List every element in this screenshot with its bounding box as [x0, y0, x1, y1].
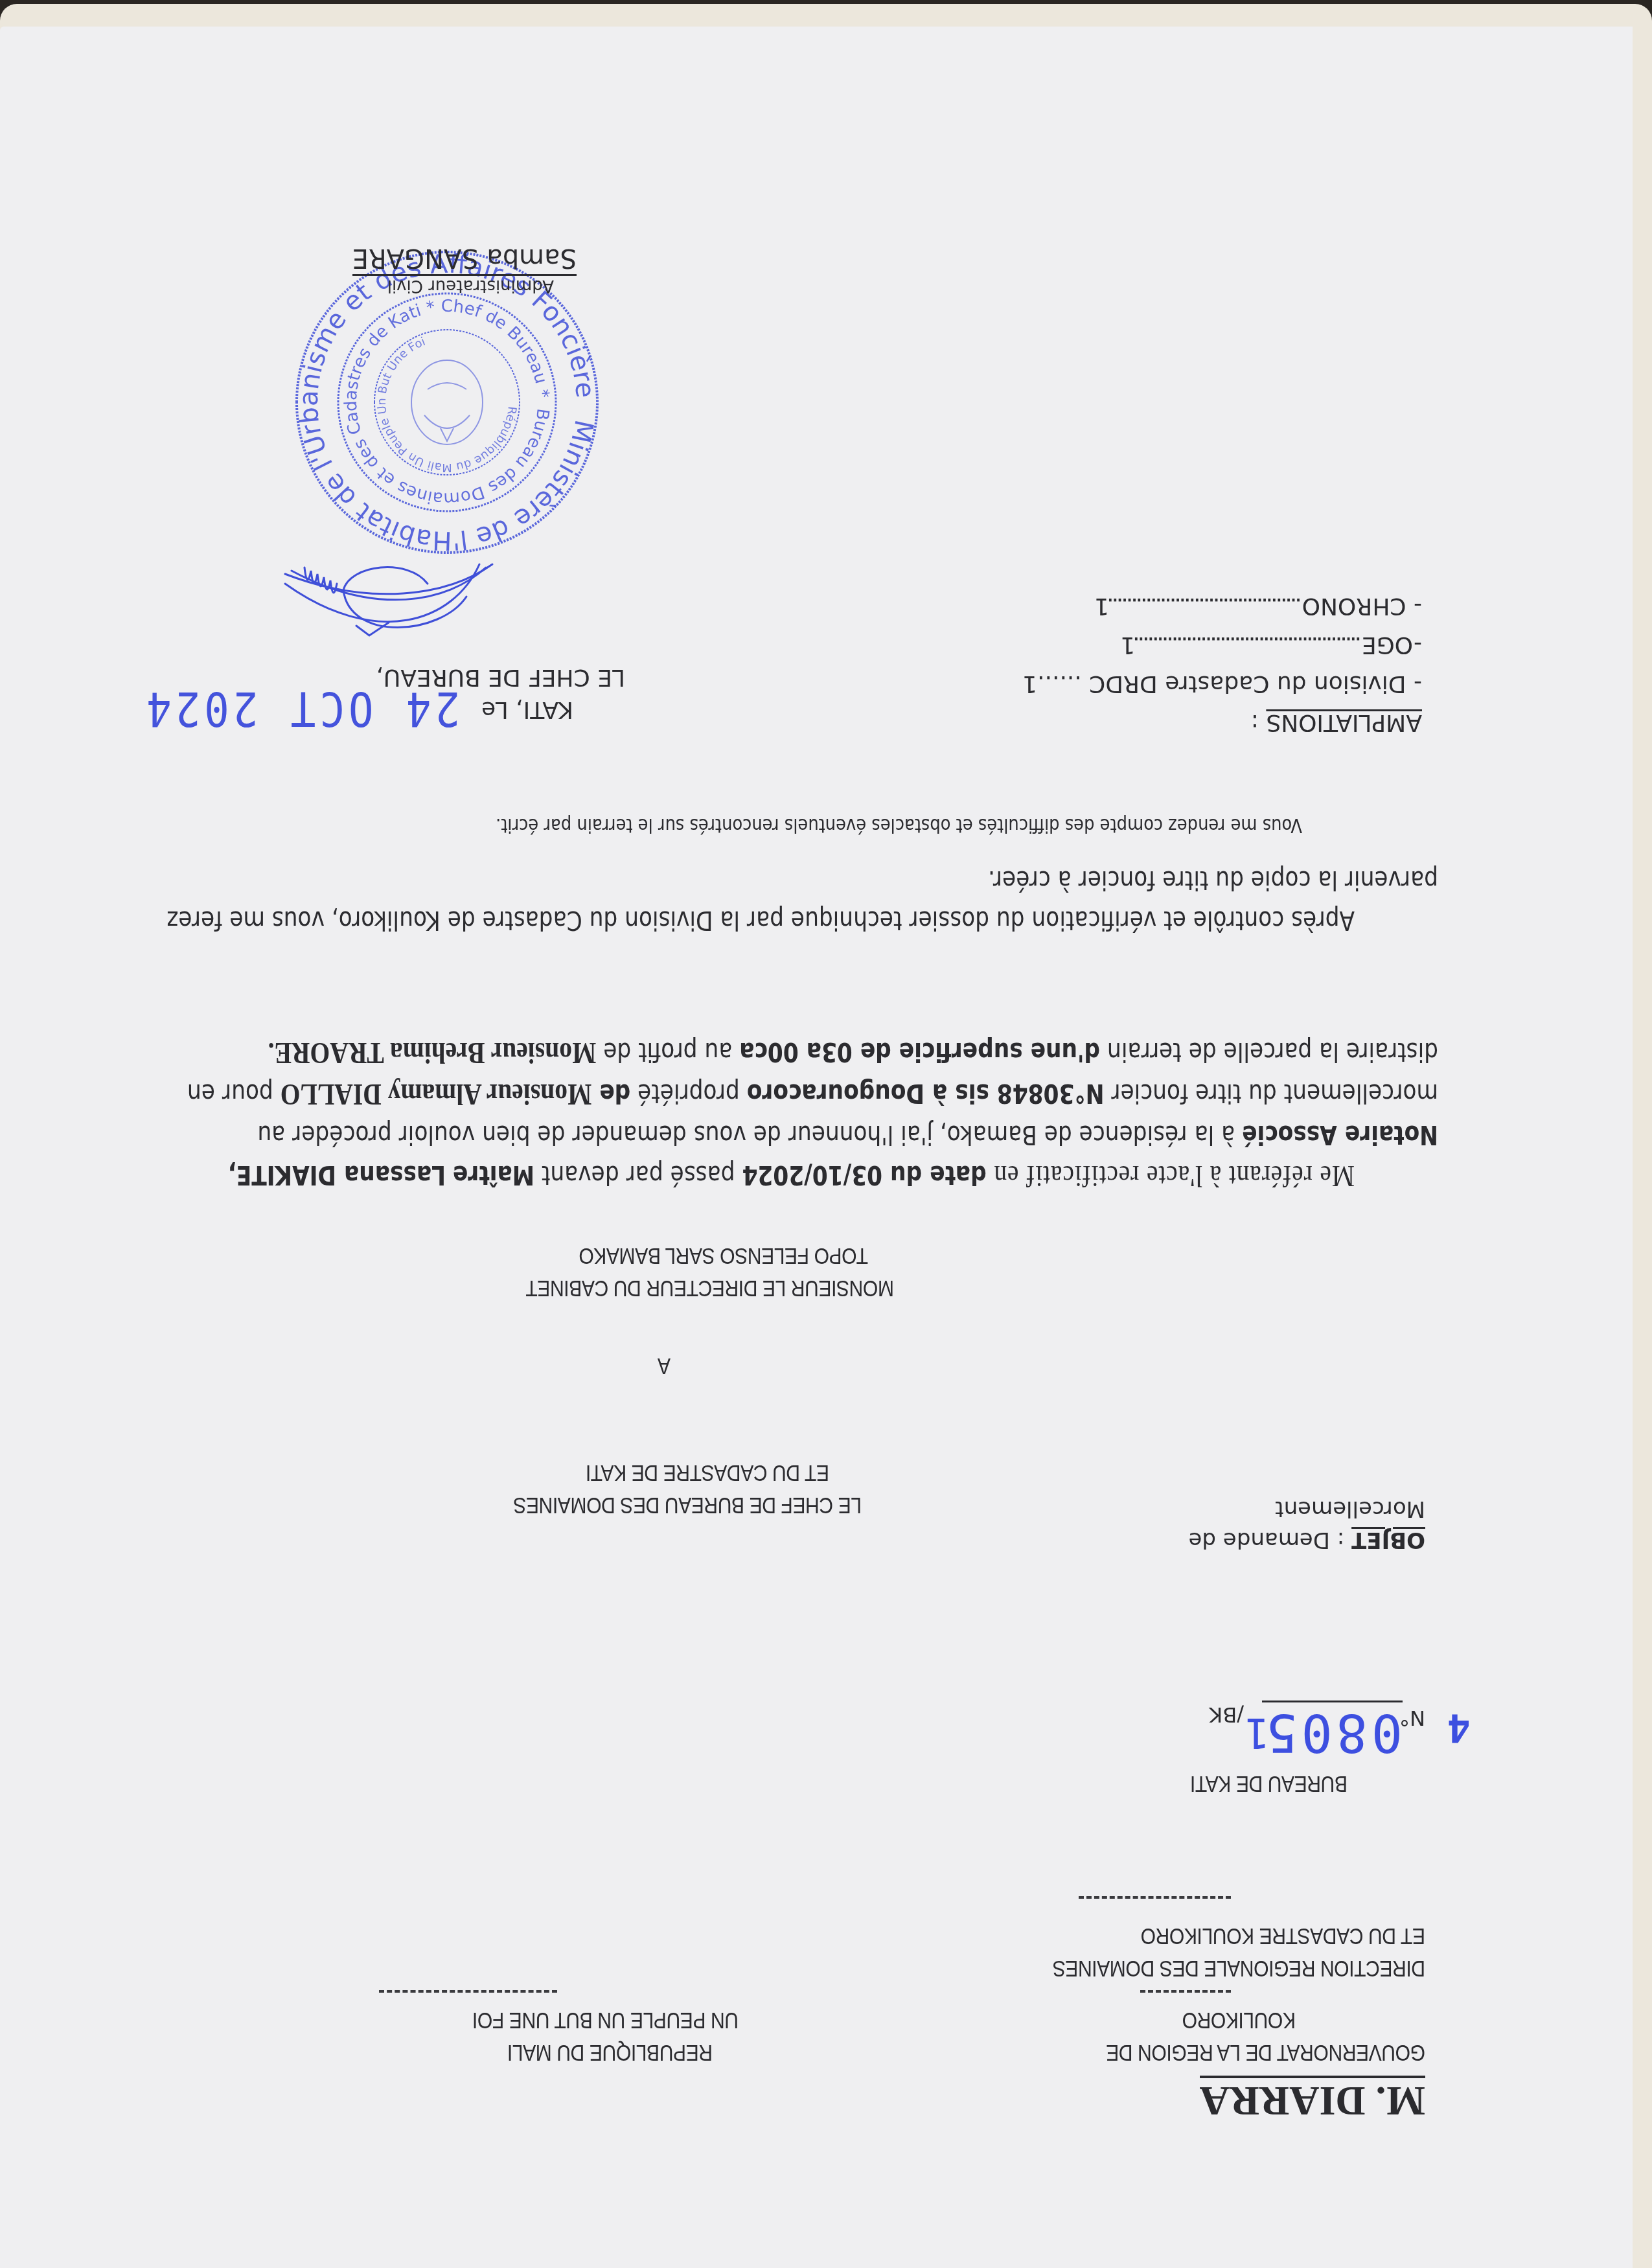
- handwritten-signature: [272, 551, 505, 661]
- ampliations-heading: AMPLIATIONS :: [1251, 709, 1422, 736]
- number-prefix: N°: [1399, 1706, 1425, 1730]
- bureau-label: BUREAU DE KATI: [1190, 1769, 1348, 1798]
- rotated-page: M. DIARRA GOUVERNORAT DE LA REGION DE KO…: [0, 0, 1652, 2268]
- body-paragraph-1: Me référant à l'acte rectificatif en dat…: [157, 1031, 1438, 1196]
- signatory-role: Administrateur Civil: [387, 276, 554, 295]
- stamp-emblem: [411, 360, 483, 444]
- stamp-inner-text: Bureau des Domaines et des Cadastres de …: [341, 297, 553, 509]
- ampliation-item: -OGE....................................…: [1120, 632, 1422, 658]
- header-line-direction: DIRECTION REGIONALE DES DOMAINES: [1053, 1954, 1425, 1983]
- author-name: M. DIARRA: [1200, 2076, 1425, 2122]
- signatory-title: LE CHEF DE BUREAU,: [376, 664, 626, 691]
- object-text-line1: Demande de: [1189, 1527, 1330, 1553]
- reference-number-handwritten: 0805: [1262, 1701, 1403, 1763]
- header-line-koulikoro: KOULIKORO: [1182, 2006, 1296, 2035]
- header-separator-2: [1079, 1896, 1231, 1899]
- place-date-label: KATI, Le: [481, 696, 573, 723]
- header-separator: [1140, 1990, 1231, 1993]
- signatory-name: Samba SANGARE: [352, 243, 577, 276]
- stamp-center-text: République du Mali Un Peuple Un But Une …: [375, 335, 519, 474]
- number-suffix: /BK: [1209, 1702, 1244, 1727]
- sender-line-2: ET DU CADASTRE DE KATI: [586, 1458, 829, 1487]
- sender-line-1: LE CHEF DE BUREAU DES DOMAINES: [514, 1491, 862, 1520]
- ampliation-item: - Division du Cadastre DRDC ......1: [1022, 670, 1422, 697]
- header-line-cadastre-koulikoro: ET DU CADASTRE KOULIKORO: [1141, 1921, 1425, 1951]
- object-text-line2: Morcellement: [1275, 1496, 1425, 1522]
- recipient-line-1: MONSIEUR LE DIRECTEUR DU CABINET: [526, 1274, 894, 1303]
- recipient-to: A: [658, 1351, 671, 1380]
- recipient-line-2: TOPO FELENSO SARL BAMAKO: [579, 1241, 868, 1270]
- header-line-gouvernorat: GOUVERNORAT DE LA REGION DE: [1107, 2038, 1425, 2067]
- stamp-outer-text: Ministère de l'Habitat de l'Urbanisme et…: [294, 249, 602, 558]
- motto-line: UN PEUPLE UN BUT UNE FOI: [472, 2006, 739, 2035]
- object-label: OBJET: [1351, 1527, 1425, 1553]
- republic-line: REPUBLIQUE DU MALI: [507, 2038, 713, 2067]
- ampliation-item: - CHRONO................................…: [1094, 593, 1422, 619]
- republic-separator: [379, 1990, 557, 1993]
- body-paragraph-3: Vous me rendez compte des difficultés et…: [496, 814, 1302, 836]
- object-block: OBJET : Demande de Morcellement: [1189, 1493, 1425, 1555]
- margin-handwritten-mark: 4: [1447, 1704, 1471, 1750]
- body-paragraph-2: Après contrôle et vérification du dossie…: [157, 860, 1438, 940]
- object-colon: :: [1330, 1527, 1351, 1553]
- document-page: M. DIARRA GOUVERNORAT DE LA REGION DE KO…: [0, 27, 1633, 2268]
- reference-number-suffix-mark: 1: [1245, 1708, 1270, 1756]
